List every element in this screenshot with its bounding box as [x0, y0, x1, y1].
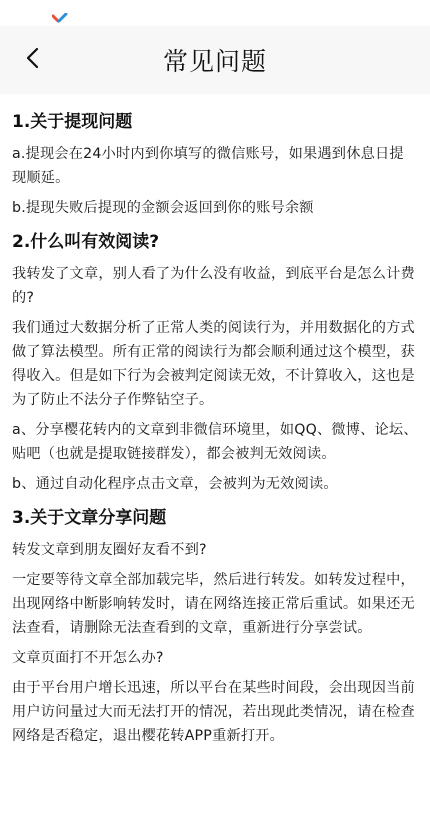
section-title: 1.关于提现问题 — [12, 110, 418, 134]
faq-section-withdrawal: 1.关于提现问题 a.提现会在24小时内到你填写的微信账号，如果遇到休息日提现顺… — [12, 110, 418, 220]
faq-paragraph: a、分享樱花转内的文章到非微信环境里，如QQ、微博、论坛、贴吧（也就是提取链接群… — [12, 418, 418, 466]
section-title: 2.什么叫有效阅读? — [12, 230, 418, 254]
faq-paragraph: b、通过自动化程序点击文章，会被判为无效阅读。 — [12, 472, 418, 496]
page-title: 常见问题 — [163, 42, 267, 78]
faq-paragraph: 一定要等待文章全部加载完毕，然后进行转发。如转发过程中，出现网络中断影响转发时，… — [12, 568, 418, 640]
faq-paragraph: 由于平台用户增长迅速，所以平台在某些时间段，会出现因当前用户访问量过大而无法打开… — [12, 676, 418, 748]
app-logo-icon — [52, 8, 68, 18]
chevron-left-icon — [25, 47, 39, 73]
nav-bar: 常见问题 — [0, 26, 430, 94]
faq-paragraph: a.提现会在24小时内到你填写的微信账号，如果遇到休息日提现顺延。 — [12, 142, 418, 190]
faq-content: 1.关于提现问题 a.提现会在24小时内到你填写的微信账号，如果遇到休息日提现顺… — [0, 94, 430, 748]
faq-paragraph: 我们通过大数据分析了正常人类的阅读行为，并用数据化的方式做了算法模型。所有正常的… — [12, 316, 418, 412]
back-button[interactable] — [18, 42, 46, 78]
faq-paragraph: b.提现失败后提现的金额会返回到你的账号余额 — [12, 196, 418, 220]
faq-paragraph: 转发文章到朋友圈好友看不到? — [12, 538, 418, 562]
section-title: 3.关于文章分享问题 — [12, 506, 418, 530]
faq-section-article-sharing: 3.关于文章分享问题 转发文章到朋友圈好友看不到? 一定要等待文章全部加载完毕，… — [12, 506, 418, 748]
faq-section-valid-reading: 2.什么叫有效阅读? 我转发了文章，别人看了为什么没有收益，到底平台是怎么计费的… — [12, 230, 418, 496]
status-bar — [0, 0, 430, 26]
faq-paragraph: 文章页面打不开怎么办? — [12, 646, 418, 670]
faq-paragraph: 我转发了文章，别人看了为什么没有收益，到底平台是怎么计费的? — [12, 262, 418, 310]
